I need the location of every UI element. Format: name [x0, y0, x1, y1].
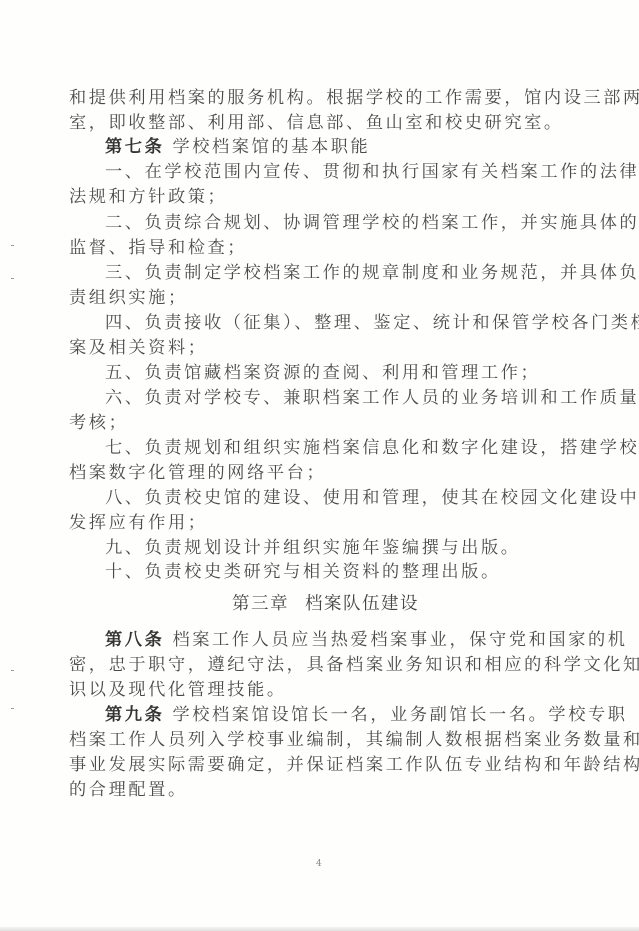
article-text: 学校档案馆设馆长一名，业务副馆长一名。学校专职 [164, 705, 627, 725]
article-title: 学校档案馆的基本职能 [164, 137, 370, 157]
document-page: 和提供利用档案的服务机构。根据学校的工作需要，馆内设三部两 室，即收整部、利用部… [0, 0, 639, 931]
chapter-title: 档案队伍建设 [305, 594, 419, 614]
text-line: 二、负责综合规划、协调管理学校的档案工作，并实施具体的 [105, 211, 639, 235]
text-line: 发挥应有作用； [69, 511, 208, 535]
text-line: 九、负责规划设计并组织实施年鉴编撰与出版。 [105, 536, 521, 560]
text-line: 八、负责校史馆的建设、使用和管理，使其在校园文化建设中 [105, 486, 639, 510]
text-line: 和提供利用档案的服务机构。根据学校的工作需要，馆内设三部两 [69, 86, 639, 110]
text-line: 十、负责校史类研究与相关资料的整理出版。 [105, 560, 501, 584]
article-text: 档案工作人员应当热爱档案事业，保守党和国家的机 [164, 630, 627, 650]
text-line: 七、负责规划和组织实施档案信息化和数字化建设，搭建学校 [105, 436, 639, 460]
margin-mark [11, 670, 14, 671]
article-9-line: 第九条 学校档案馆设馆长一名，业务副馆长一名。学校专职 [105, 703, 628, 727]
text-line: 法规和方针政策； [69, 185, 227, 209]
text-line: 监督、指导和检查； [69, 236, 247, 260]
text-line: 三、负责制定学校档案工作的规章制度和业务规范，并具体负 [105, 261, 639, 285]
text-line: 一、在学校范围内宣传、贯彻和执行国家有关档案工作的法律 [105, 160, 639, 184]
text-line: 案及相关资料； [69, 336, 208, 360]
chapter-heading: 第三章档案队伍建设 [232, 592, 419, 616]
text-line: 四、负责接收（征集）、整理、鉴定、统计和保管学校各门类档 [105, 311, 639, 335]
chapter-number: 第三章 [232, 594, 289, 614]
margin-mark [11, 278, 14, 279]
article-number: 第七条 [105, 137, 164, 157]
margin-mark [11, 708, 14, 709]
page-number: 4 [316, 859, 322, 869]
text-line: 识以及现代化管理技能。 [69, 678, 287, 702]
article-8-line: 第八条 档案工作人员应当热爱档案事业，保守党和国家的机 [105, 628, 628, 652]
article-number: 第八条 [105, 630, 164, 650]
text-line: 室，即收整部、利用部、信息部、鱼山室和校史研究室。 [69, 111, 564, 135]
text-line: 档案工作人员列入学校事业编制，其编制人数根据档案业务数量和 [69, 728, 639, 752]
margin-mark [11, 245, 14, 246]
text-line: 密，忠于职守，遵纪守法，具备档案业务知识和相应的科学文化知 [69, 653, 639, 677]
text-line: 六、负责对学校专、兼职档案工作人员的业务培训和工作质量 [105, 386, 639, 410]
text-line: 考核； [69, 411, 128, 435]
text-line: 的合理配置。 [69, 778, 188, 802]
text-line: 事业发展实际需要确定，并保证档案工作队伍专业结构和年龄结构 [69, 753, 639, 777]
article-number: 第九条 [105, 705, 164, 725]
text-line: 五、负责馆藏档案资源的查阅、利用和管理工作； [105, 361, 540, 385]
text-line: 责组织实施； [69, 286, 188, 310]
page-edge [0, 927, 639, 931]
article-7-heading: 第七条 学校档案馆的基本职能 [105, 135, 370, 159]
text-line: 档案数字化管理的网络平台； [69, 461, 326, 485]
